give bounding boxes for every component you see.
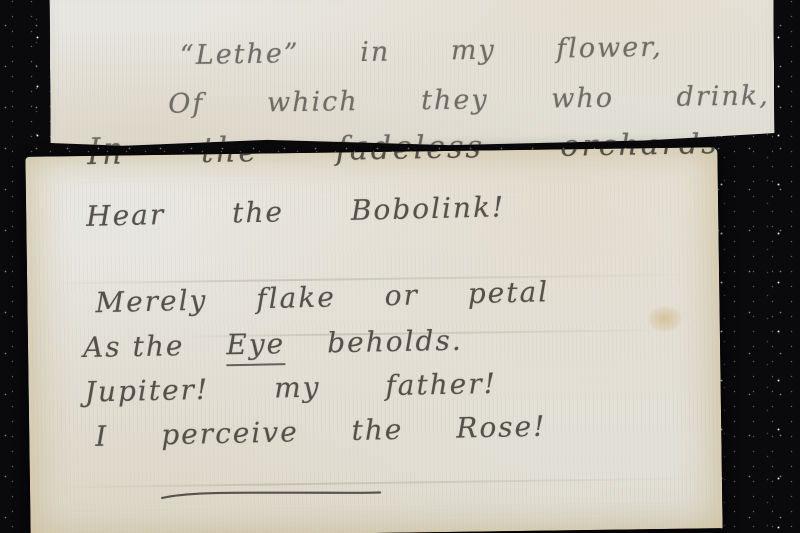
- poem-line-6: As theEyebeholds.: [83, 324, 463, 369]
- poem-line-2: Of which they who drink,: [168, 80, 770, 119]
- poem-line-4: Hear the Bobolink!: [86, 190, 506, 232]
- flourish-line: [160, 488, 382, 501]
- poem-line-5: Merely flake or petal: [95, 275, 550, 319]
- poem-line-8: I perceive the Rose!: [95, 410, 547, 453]
- paper-texture: [49, 0, 774, 150]
- poem-line-7: Jupiter! my father!: [84, 367, 497, 409]
- manuscript-top-slip: “Lethe” in my flower, Of which they who …: [49, 0, 774, 150]
- manuscript-photo: “Lethe” in my flower, Of which they who …: [0, 0, 800, 533]
- paper-stain: [648, 306, 682, 332]
- poem-line-6-post: beholds.: [327, 324, 463, 360]
- poem-line-1: “Lethe” in my flower,: [180, 32, 663, 71]
- manuscript-lower-sheet: In the fadeless orchards Hear the Boboli…: [25, 147, 722, 533]
- poem-line-6-pre: As the: [83, 329, 185, 364]
- poem-line-6-underlined-word: Eye: [226, 327, 286, 366]
- paper-crease: [58, 478, 695, 489]
